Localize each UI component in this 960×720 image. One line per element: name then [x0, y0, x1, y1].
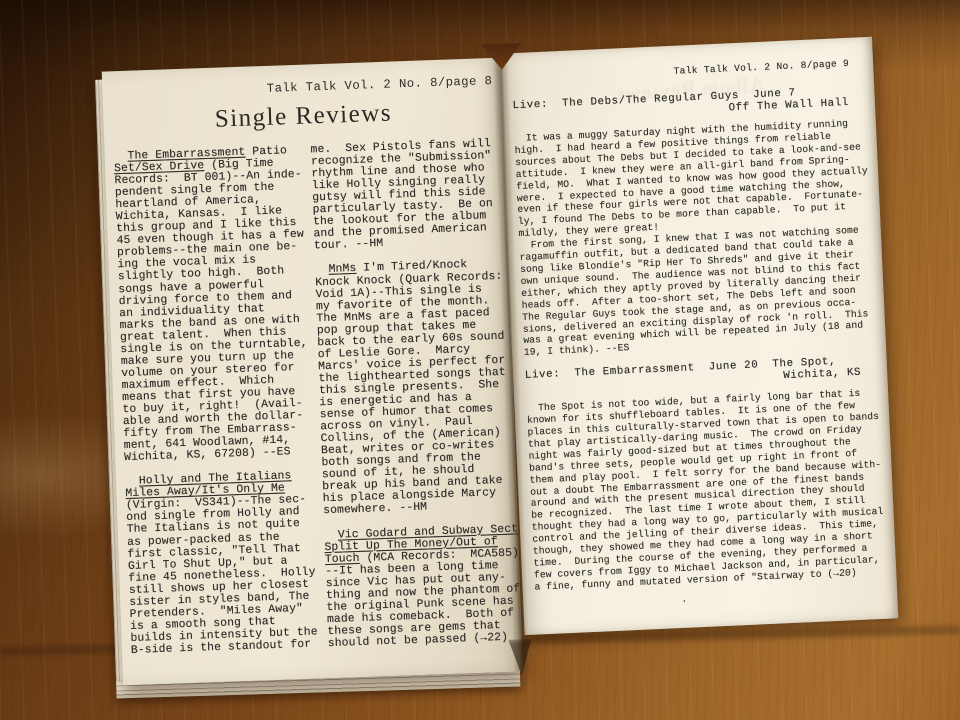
- single-reviews-columns: The Embarrassment PatioSet/Sex Drive (Bi…: [104, 124, 522, 658]
- reviews-column-1: The Embarrassment PatioSet/Sex Drive (Bi…: [114, 145, 320, 657]
- zine-open-spread: Talk Talk Vol. 2 No. 8/page 8 Single Rev…: [89, 14, 907, 703]
- reviews-column-2: me. Sex Pistols fans willrecognize the "…: [310, 138, 516, 650]
- photo-of-zine: { "colors": { "paper_left": "#efe8d5", "…: [0, 0, 960, 720]
- page-8-header: Talk Talk Vol. 2 No. 8/page 8: [102, 58, 503, 102]
- live-review-2-text: The Spot is not too wide, but a fairly l…: [526, 387, 884, 593]
- left-page: Talk Talk Vol. 2 No. 8/page 8 Single Rev…: [102, 58, 523, 686]
- live-review-1-text: It was a muggy Saturday night with the h…: [514, 117, 874, 359]
- page-9-body: Live: The Debs/The Regular Guys June 7 O…: [500, 84, 897, 613]
- right-page: Album Reviews Talk Talk Vol. 2 No. 8/pag…: [498, 37, 898, 635]
